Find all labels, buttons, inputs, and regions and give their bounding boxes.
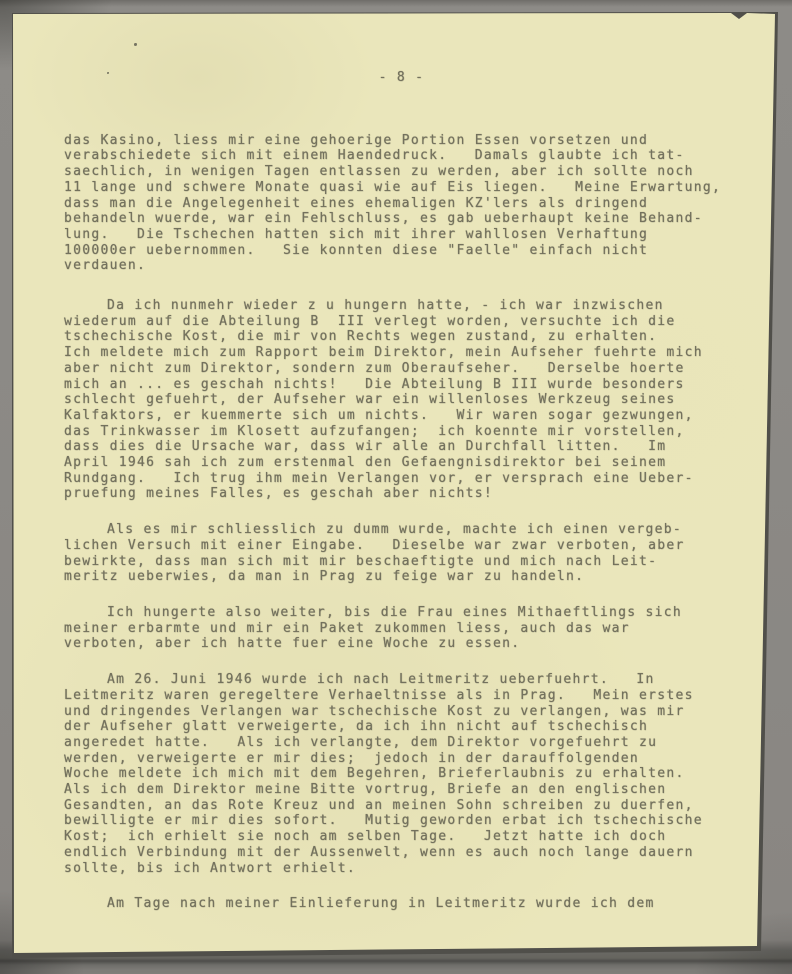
paragraph-3: Als es mir schliesslich zu dumm wurde, m…	[64, 522, 739, 585]
paragraph-5: Am 26. Juni 1946 wurde ich nach Leitmeri…	[64, 672, 739, 876]
paragraph-2: Da ich nunmehr wieder z u hungern hatte,…	[64, 298, 739, 502]
typewritten-text-block: - 8 - das Kasino, liess mir eine gehoeri…	[64, 70, 739, 932]
paper-speck	[134, 43, 137, 46]
paragraph-1: das Kasino, liess mir eine gehoerige Por…	[64, 133, 739, 274]
document-page: - 8 - das Kasino, liess mir eine gehoeri…	[0, 0, 792, 974]
scan-background: - 8 - das Kasino, liess mir eine gehoeri…	[0, 0, 792, 974]
page-number: - 8 -	[64, 70, 739, 86]
paragraph-6: Am Tage nach meiner Einlieferung in Leit…	[64, 896, 739, 912]
paragraph-4: Ich hungerte also weiter, bis die Frau e…	[64, 605, 739, 652]
